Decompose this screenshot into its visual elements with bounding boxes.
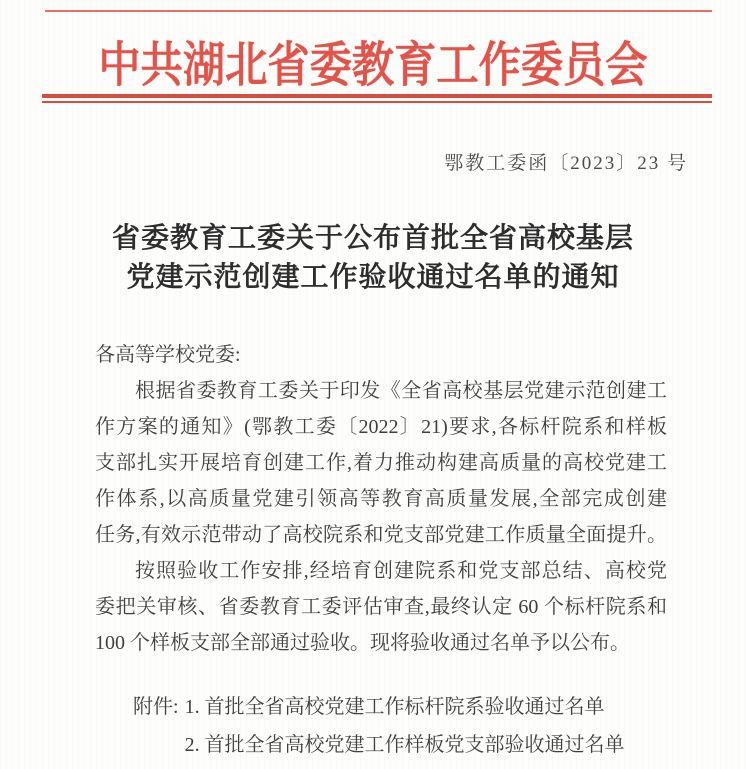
attachment-item-1: 1. 首批全省高校党建工作标杆院系验收通过名单 xyxy=(185,688,667,726)
org-name-header: 中共湖北省委教育工作委员会 xyxy=(45,26,701,95)
document-page: 中共湖北省委教育工作委员会 鄂教工委函〔2023〕23 号 省委教育工委关于公布… xyxy=(0,0,746,769)
paragraph-1-line: 任务,有效示范带动了高校院系和党支部党建工作质量全面提升。 xyxy=(95,517,667,553)
header-divider-thin-line xyxy=(42,101,712,103)
attachments-label: 附件: xyxy=(133,688,185,764)
paragraph-1: 根据省委教育工委关于印发《全省高校基层党建示范创建工 作方案的通知》(鄂教工委〔… xyxy=(95,373,667,553)
document-body: 各高等学校党委: 根据省委教育工委关于印发《全省高校基层党建示范创建工 作方案的… xyxy=(95,337,667,764)
doc-title: 省委教育工委关于公布首批全省高校基层 党建示范创建工作验收通过名单的通知 xyxy=(0,219,746,297)
paragraph-2: 按照验收工作安排,经培育创建院系和党支部总结、高校党 委把关审核、省委教育工委评… xyxy=(95,553,667,661)
attachment-item-2: 2. 首批全省高校党建工作样板党支部验收通过名单 xyxy=(185,726,667,764)
paragraph-1-line: 支部扎实开展培育创建工作,着力推动构建高质量的高校党建工 xyxy=(95,445,667,481)
paragraph-2-line: 按照验收工作安排,经培育创建院系和党支部总结、高校党 xyxy=(95,553,667,589)
doc-title-line2: 党建示范创建工作验收通过名单的通知 xyxy=(0,258,746,297)
paragraph-2-line: 100 个样板支部全部通过验收。现将验收通过名单予以公布。 xyxy=(95,625,667,661)
header-divider xyxy=(42,94,712,103)
attachment-items: 1. 首批全省高校党建工作标杆院系验收通过名单 2. 首批全省高校党建工作样板党… xyxy=(185,688,667,764)
paragraph-1-line: 作方案的通知》(鄂教工委〔2022〕21)要求,各标杆院系和样板 xyxy=(95,409,667,445)
salutation: 各高等学校党委: xyxy=(95,337,667,373)
paragraph-2-line: 委把关审核、省委教育工委评估审查,最终认定 60 个标杆院系和 xyxy=(95,589,667,625)
paragraph-1-line: 作体系,以高质量党建引领高等教育高质量发展,全部完成创建 xyxy=(95,481,667,517)
attachments-list: 附件: 1. 首批全省高校党建工作标杆院系验收通过名单 2. 首批全省高校党建工… xyxy=(133,688,667,764)
doc-number: 鄂教工委函〔2023〕23 号 xyxy=(444,148,688,175)
top-red-line xyxy=(45,10,712,12)
paragraph-1-line: 根据省委教育工委关于印发《全省高校基层党建示范创建工 xyxy=(95,373,667,409)
doc-title-line1: 省委教育工委关于公布首批全省高校基层 xyxy=(0,219,746,258)
